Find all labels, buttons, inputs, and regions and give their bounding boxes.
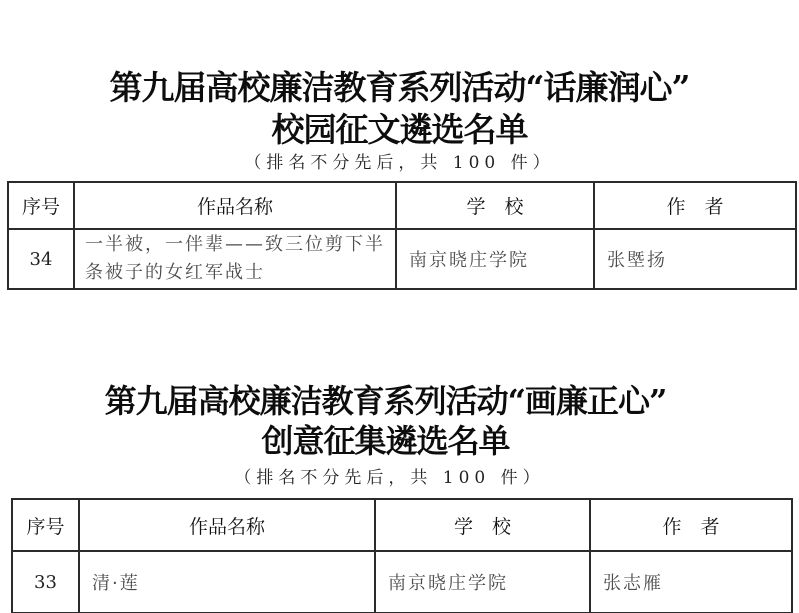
table-row: 34 一半被，一伴辈——致三位剪下半条被子的女红军战士 南京晓庄学院 张塈扬 (8, 229, 796, 289)
cell-work-title: 一半被，一伴辈——致三位剪下半条被子的女红军战士 (74, 229, 396, 289)
cell-school: 南京晓庄学院 (396, 229, 594, 289)
essay-selection-table: 序号 作品名称 学 校 作 者 34 一半被，一伴辈——致三位剪下半条被子的女红… (7, 181, 797, 290)
section1-title-line2: 校园征文遴选名单 (0, 110, 799, 150)
cell-index: 33 (12, 551, 79, 613)
section1-subtitle: （排名不分先后，共 100 件） (0, 152, 799, 174)
header-work-title: 作品名称 (79, 499, 375, 551)
header-author: 作 者 (590, 499, 792, 551)
header-index: 序号 (12, 499, 79, 551)
cell-work-title: 清·莲 (79, 551, 375, 613)
cell-author: 张塈扬 (594, 229, 796, 289)
header-school: 学 校 (396, 182, 594, 229)
creative-selection-table: 序号 作品名称 学 校 作 者 33 清·莲 南京晓庄学院 张志雁 (11, 498, 793, 613)
section2-title-line1: 第九届高校廉洁教育系列活动“画廉正心” (0, 381, 785, 421)
table-row: 33 清·莲 南京晓庄学院 张志雁 (12, 551, 792, 613)
header-work-title: 作品名称 (74, 182, 396, 229)
table-header-row: 序号 作品名称 学 校 作 者 (12, 499, 792, 551)
header-author: 作 者 (594, 182, 796, 229)
section1-title-line1: 第九届高校廉洁教育系列活动“话廉润心” (0, 68, 799, 108)
section2-title-line2: 创意征集遴选名单 (0, 421, 785, 461)
cell-school: 南京晓庄学院 (375, 551, 590, 613)
cell-index: 34 (8, 229, 74, 289)
section2-subtitle: （排名不分先后，共 100 件） (0, 467, 789, 489)
header-index: 序号 (8, 182, 74, 229)
table-header-row: 序号 作品名称 学 校 作 者 (8, 182, 796, 229)
cell-author: 张志雁 (590, 551, 792, 613)
header-school: 学 校 (375, 499, 590, 551)
